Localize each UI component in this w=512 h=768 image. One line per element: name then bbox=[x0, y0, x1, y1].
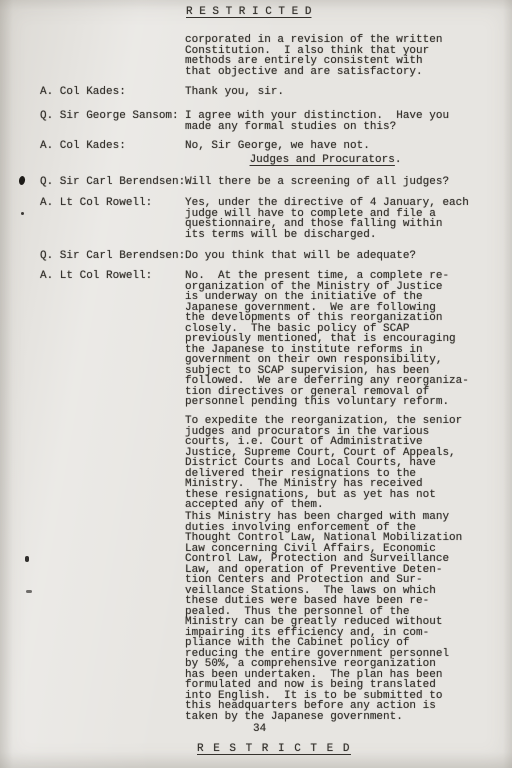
speaker-label: A. Lt Col Rowell: bbox=[40, 271, 152, 282]
answer-text-paragraph-1: No. At the present time, a complete re- … bbox=[185, 271, 469, 408]
speaker-label: A. Col Kades: bbox=[40, 141, 126, 152]
section-heading: Judges and Procurators. bbox=[185, 155, 466, 166]
answer-text: No, Sir George, we have not. bbox=[185, 141, 370, 152]
pencil-mark bbox=[26, 590, 32, 593]
speaker-label: Q. Sir Carl Berendsen: bbox=[40, 177, 185, 188]
answer-text-paragraph-3: This Ministry has been charged with many… bbox=[185, 512, 462, 722]
question-text: Do you think that will be adequate? bbox=[185, 251, 416, 262]
pencil-mark bbox=[18, 176, 25, 186]
page-number: 34 bbox=[253, 724, 266, 735]
classification-footer: R E S T R I C T E D bbox=[197, 744, 351, 755]
answer-text: Yes, under the directive of 4 January, e… bbox=[185, 198, 469, 240]
speaker-label: A. Lt Col Rowell: bbox=[40, 198, 152, 209]
question-text: Will there be a screening of all judges? bbox=[185, 177, 449, 188]
speaker-label: Q. Sir Carl Berendsen: bbox=[40, 251, 185, 262]
speaker-label: A. Col Kades: bbox=[40, 87, 126, 98]
pencil-mark bbox=[21, 212, 24, 215]
question-text: I agree with your distinction. Have you … bbox=[185, 111, 449, 132]
intro-continuation-paragraph: corporated in a revision of the written … bbox=[185, 35, 442, 77]
section-heading-period: . bbox=[395, 154, 402, 166]
section-heading-text: Judges and Procurators bbox=[250, 154, 395, 166]
scanned-document-page: R E S T R I C T E D corporated in a revi… bbox=[0, 0, 512, 768]
speaker-label: Q. Sir George Sansom: bbox=[40, 111, 179, 122]
answer-text: Thank you, sir. bbox=[185, 87, 284, 98]
pencil-mark bbox=[25, 556, 29, 562]
classification-header: R E S T R I C T E D bbox=[186, 7, 311, 18]
answer-text-paragraph-2: To expedite the reorganization, the seni… bbox=[185, 416, 462, 511]
